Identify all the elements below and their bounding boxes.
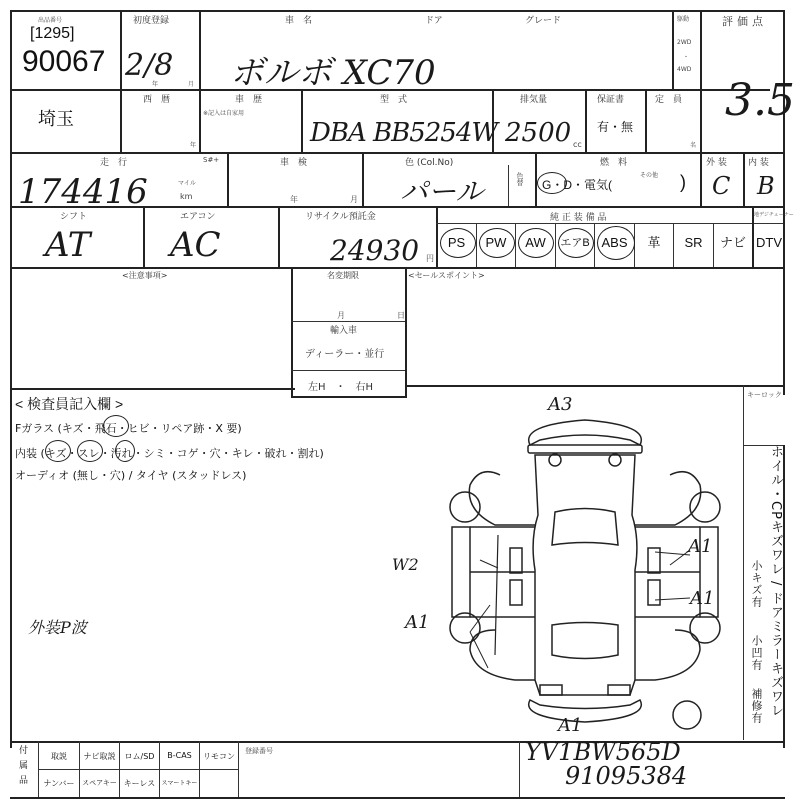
warranty-label: 保証書 [597,92,624,105]
exterior-label: 外 装 [706,155,727,168]
col-v11 [508,165,509,206]
notes-box-div1 [291,321,405,322]
tuner-label: 地デジチューナー [754,211,794,218]
windshield-chip-circle [103,415,129,437]
mark-a1-right-rear: A1 [690,588,714,609]
recycle-value: 24930 [330,234,419,267]
col-v9 [227,152,229,206]
equip-airbag-circle [558,228,594,258]
col-v2 [199,10,201,152]
footer-bottom [10,797,785,799]
equip-dtv[interactable]: DTV [753,226,785,260]
border-left-upper [10,10,12,395]
notes-box-bottom [291,396,407,398]
col-v3 [672,10,674,89]
notes-box-right [405,267,407,398]
era-label: 西 暦 [143,92,170,105]
equip-ps-circle [440,228,476,258]
divider-row4 [10,267,785,269]
drive-label: 駆動 [677,14,689,23]
recycle-unit: 円 [426,253,434,264]
equip-abs-circle [597,226,635,260]
side-col-left [743,445,744,740]
history-note: ※記入は自家用 [203,108,244,117]
acc-rom-sd[interactable]: ロム/SD [120,751,159,762]
exterior-value: C [712,172,730,200]
footer-div [519,741,520,797]
footer-div [238,741,239,797]
import-label: 輸入車 [330,323,357,336]
venue-label: 出品番号 [38,15,62,24]
equip-navi[interactable]: ナビ [714,226,752,260]
ac-value: AC [170,225,221,265]
interior-value: B [757,172,775,200]
keylock-left [743,385,744,445]
inspector-title: < 検査員記入欄 > [15,394,123,414]
notes-box-div2 [291,370,405,371]
year-suffix: 年 [152,79,158,88]
model-label: 型 式 [380,92,407,105]
first-reg-label: 初度登録 [133,13,169,26]
mileage-value: 174416 [18,172,148,212]
transfer-month: 月 [337,310,345,321]
interior-scratch-circle [45,440,71,462]
import-dealer-option[interactable]: ディーラー・並行 [305,345,384,360]
interior-label: 内 装 [748,155,769,168]
sales-point-label: <セールスポイント> [408,270,485,281]
drive-2wd-option[interactable]: 2WD [677,39,691,46]
drive-4wd-option[interactable]: 4WD [677,66,691,73]
mark-a1-right-front: A1 [688,536,712,557]
drive-sep: ・ [683,52,689,61]
col-v14 [743,152,745,206]
handwritten-note: 外装P波 [28,615,87,638]
color-change-label: 色替 [515,172,525,186]
door-label: ドア [425,13,443,26]
fuel-label: 燃 料 [600,155,627,168]
model-value: DBA BB5254W [310,118,497,148]
equip-pw-circle [479,228,515,258]
side-sub-scratch: 小キズ有 [748,560,764,608]
mileage-unit-mile: マイル [178,178,196,187]
region: 埼玉 [38,105,74,131]
era-suffix: 年 [190,140,196,149]
interior-scuff-circle [77,440,103,462]
equipment-label: 純 正 装 備 品 [550,210,606,223]
inspection-month: 月 [350,194,358,205]
acc-bcas[interactable]: B-CAS [160,751,199,760]
acc-manual[interactable]: 取説 [39,751,79,762]
transfer-day: 日 [397,310,405,321]
border-right-upper [783,10,785,395]
mileage-unit-km: km [180,192,192,201]
shift-label: シフト [60,209,87,222]
acc-smart-key[interactable]: スマートキー [160,778,199,787]
col-v1 [120,10,122,152]
inspection-label: 車 検 [280,155,307,168]
keylock-label: キーロック [747,390,782,400]
fuel-options[interactable]: G・D・電気( [542,176,612,193]
equip-header-line [436,223,783,224]
footer-mid [38,769,238,770]
mileage-label: 走 行 [100,155,127,168]
equip-sunroof[interactable]: SR [674,226,713,260]
col-v16 [278,206,280,267]
acc-navi-manual[interactable]: ナビ取説 [80,751,119,762]
warranty-options[interactable]: 有・無 [597,118,633,135]
mark-a3: A3 [548,394,572,415]
divider-notes-right [405,385,785,387]
lot-number: 90067 [22,45,105,79]
reg-number-label: 登録番号 [245,746,273,756]
mark-a1-front: A1 [558,715,582,736]
displacement-value: 2500 [505,118,571,148]
transfer-label: 名変期限 [327,270,359,281]
mark-w2: W2 [392,555,419,574]
acc-remote[interactable]: リモコン [200,751,238,762]
car-name-label: 車 名 [285,13,312,26]
col-v8 [645,89,647,152]
divider-row2 [10,152,785,154]
side-sub-repair: 補修有 [748,688,764,724]
import-handle-option[interactable]: 左H ・ 右H [308,378,373,393]
divider-notes-left [10,388,295,390]
inspection-year: 年 [290,194,298,205]
score-value: 3.5 [725,75,795,126]
displacement-label: 排気量 [520,92,547,105]
notes-box-left [291,267,293,398]
displacement-unit: cc [573,140,582,149]
fuel-close: ) [680,172,686,193]
capacity-unit: 名 [690,140,696,149]
acc-keyless[interactable]: キーレス [120,778,159,789]
col-v13 [700,152,702,206]
col-v7 [585,89,587,152]
lot-code: [1295] [30,25,74,43]
car-name-value: ボルボ XC70 [230,45,436,94]
color-label: 色 (Col.No) [405,155,453,168]
equip-aw-circle [518,228,554,258]
acc-spare-key[interactable]: スペアキー [80,778,119,788]
border-top [10,10,785,12]
inspector-line-audio-tire: オーディオ (無し・穴) / タイヤ (スタッドレス) [15,467,246,483]
shift-value: AT [45,225,90,265]
col-v15 [143,206,145,267]
caution-label: <注意事項> [122,270,167,281]
month-suffix: 月 [188,79,194,88]
recycle-label: リサイクル預託金 [305,209,376,222]
col-v4 [700,10,702,152]
mark-a1-left: A1 [405,612,429,633]
acc-number-plate[interactable]: ナンバー [39,778,79,789]
first-reg-value: 2/8 [125,48,173,83]
col-v10 [362,152,364,206]
car-diagram-icon [440,400,730,730]
color-value: パール [400,170,483,210]
inspector-left-border [10,388,12,748]
score-label: 評価点 [722,13,767,29]
interior-stain-circle [115,440,135,462]
ac-label: エアコン [180,209,216,222]
grade-label: グレード [525,13,561,26]
equip-leather[interactable]: 革 [635,226,673,260]
side-column-text: ホイル・CPキズワレ / ドアミラーキズワレ [766,445,785,745]
side-sub-dent: 小凹有 [748,635,764,671]
accessories-label: 付属品 [16,745,29,790]
s-label: S#+ [203,156,219,164]
vin-line2: 91095384 [565,762,687,790]
fuel-other: その他 [640,170,658,179]
col-v5 [301,89,303,152]
history-label: 車 歴 [235,92,262,105]
capacity-label: 定 員 [655,92,682,105]
